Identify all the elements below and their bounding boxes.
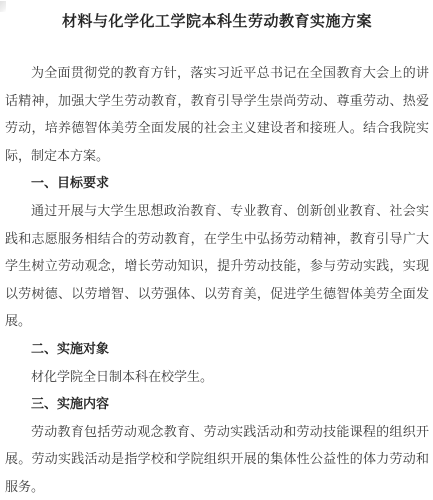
paragraph: 为全面贯彻党的教育方针，落实习近平总书记在全国教育大会上的讲话精神，加强大学生劳… [5, 59, 429, 169]
document-body: 为全面贯彻党的教育方针，落实习近平总书记在全国教育大会上的讲话精神，加强大学生劳… [5, 59, 429, 500]
paragraph: 材化学院全日制本科在校学生。 [5, 363, 429, 391]
document-title: 材料与化学化工学院本科生劳动教育实施方案 [5, 8, 429, 36]
document-page: 材料与化学化工学院本科生劳动教育实施方案 为全面贯彻党的教育方针，落实习近平总书… [0, 0, 433, 500]
section-heading: 一、目标要求 [5, 169, 429, 197]
scan-artifact [0, 1, 6, 12]
paragraph: 通过开展与大学生思想政治教育、专业教育、创新创业教育、社会实践和志愿服务相结合的… [5, 197, 429, 335]
paragraph: 劳动教育包括劳动观念教育、劳动实践活动和劳动技能课程的组织开展。劳动实践活动是指… [5, 418, 429, 500]
section-heading: 二、实施对象 [5, 335, 429, 363]
section-heading: 三、实施内容 [5, 390, 429, 418]
title-spacer [5, 36, 429, 59]
